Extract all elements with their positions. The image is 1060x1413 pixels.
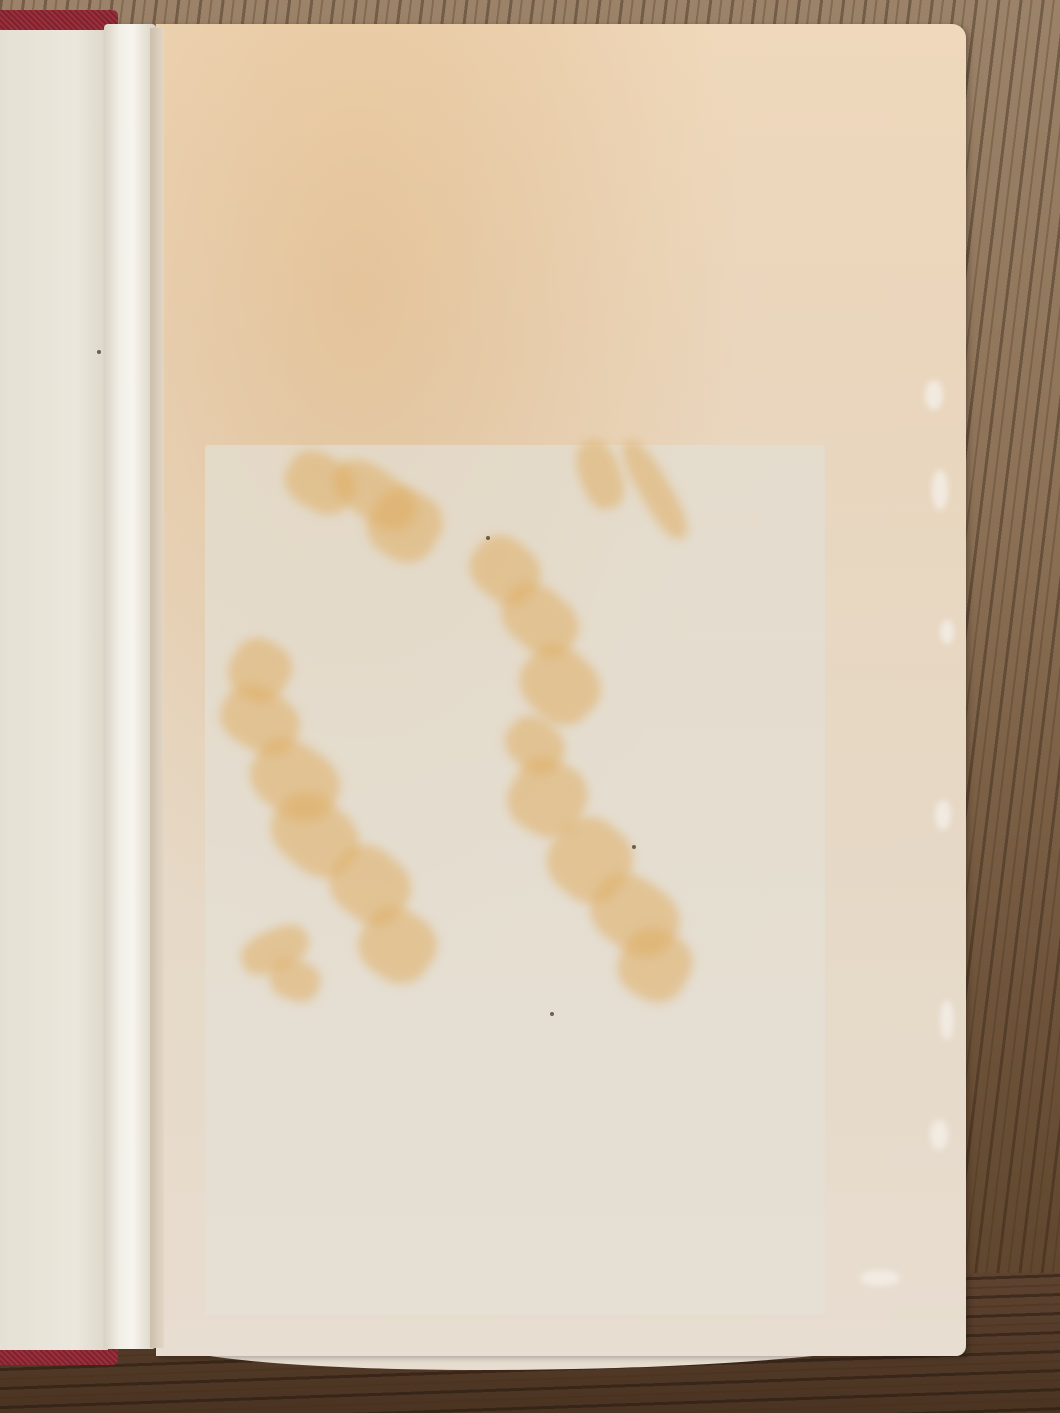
speck xyxy=(97,350,101,354)
offset-text-stain xyxy=(0,0,1060,1413)
speck xyxy=(550,1012,554,1016)
wear-mark xyxy=(940,620,954,644)
wear-mark xyxy=(932,470,948,510)
wear-mark xyxy=(860,1270,900,1286)
wear-mark xyxy=(930,1120,948,1150)
wear-mark xyxy=(940,1000,954,1040)
wear-mark xyxy=(935,800,951,830)
speck xyxy=(632,845,636,849)
wear-mark xyxy=(925,380,943,410)
speck xyxy=(486,536,490,540)
